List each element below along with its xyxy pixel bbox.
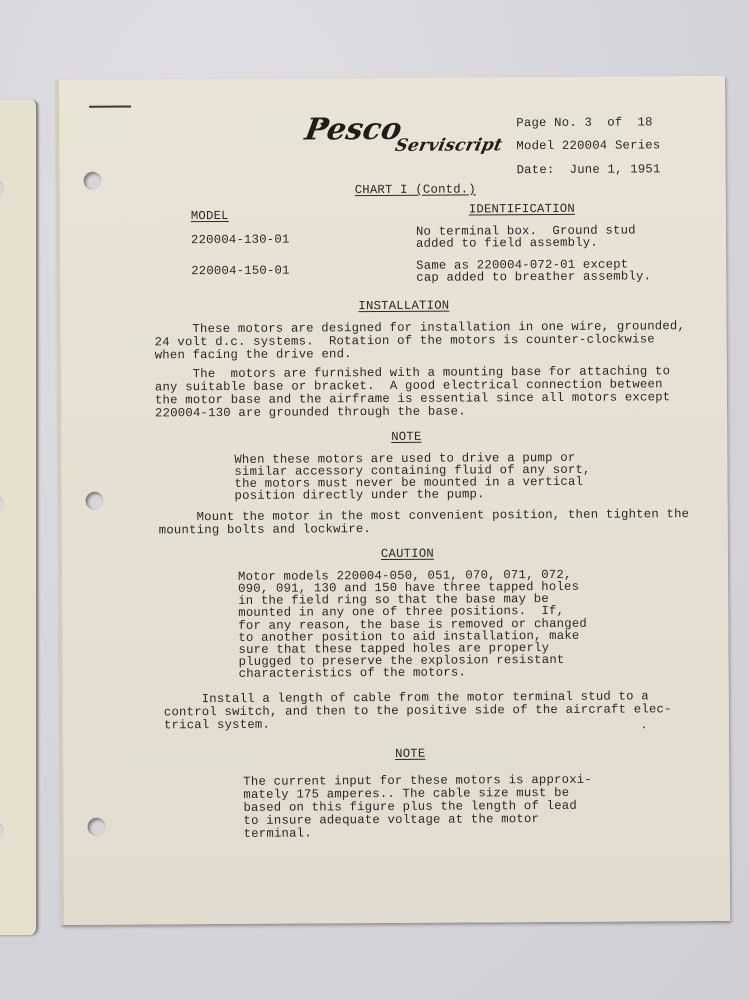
punch-hole [0,180,4,198]
text-line: terminal. [244,827,312,840]
text-line: 220004-130 are grounded through the base… [155,406,466,421]
table-row: 220004-150-01 Same as 220004-072-01 exce… [59,76,725,80]
identification-line: added to field assembly. [416,237,598,251]
paragraph-3: Mount the motor in the most convenient p… [59,76,725,80]
punch-hole [88,818,106,836]
model-series: Model 220004 Series [516,139,660,153]
identification-line: cap added to breather assembly. [416,270,651,284]
brand-subtitle: Serviscript [393,135,504,156]
text-line: characteristics of the motors. [239,667,466,681]
margin-mark [89,106,131,108]
note-heading: NOTE [391,431,421,444]
model-cell: 220004-150-01 [191,265,290,279]
document-date: Date: June 1, 1951 [517,163,661,177]
ink-speck [643,726,645,728]
note-heading: NOTE [395,748,425,761]
back-sheet [0,100,38,935]
paragraph-4: Install a length of cable from the motor… [59,76,725,80]
punch-hole [86,492,104,510]
punch-hole [84,172,102,190]
paragraph-2: The motors are furnished with a mounting… [59,76,725,80]
model-cell: 220004-130-01 [191,234,290,248]
paragraph-1: These motors are designed for installati… [59,76,725,80]
identification-column-header: IDENTIFICATION [469,203,575,217]
caution-heading: CAUTION [381,548,434,561]
installation-heading: INSTALLATION [358,300,449,314]
text-line: when facing the drive end. [155,348,352,362]
brand-logo: Pesco [302,112,404,148]
note-2: The current input for these motors is ap… [59,76,725,80]
chart-heading: CHART I (Contd.) [355,183,476,197]
model-column-header: MODEL [191,210,229,223]
note-1: When these motors are used to drive a pu… [59,76,725,80]
text-line: position directly under the pump. [235,488,485,503]
document-page: Pesco ★ Serviscript Page No. 3 of 18 Mod… [56,76,730,925]
punch-hole [0,822,4,840]
text-line: trical system. [164,719,270,733]
table-row: 220004-130-01 No terminal box. Ground st… [59,76,725,80]
caution-block: Motor models 220004-050, 051, 070, 071, … [59,76,725,80]
punch-hole [0,495,4,513]
text-line: mounting bolts and lockwire. [159,523,371,537]
page-number: Page No. 3 of 18 [516,116,653,130]
star-icon: ★ [319,118,325,130]
